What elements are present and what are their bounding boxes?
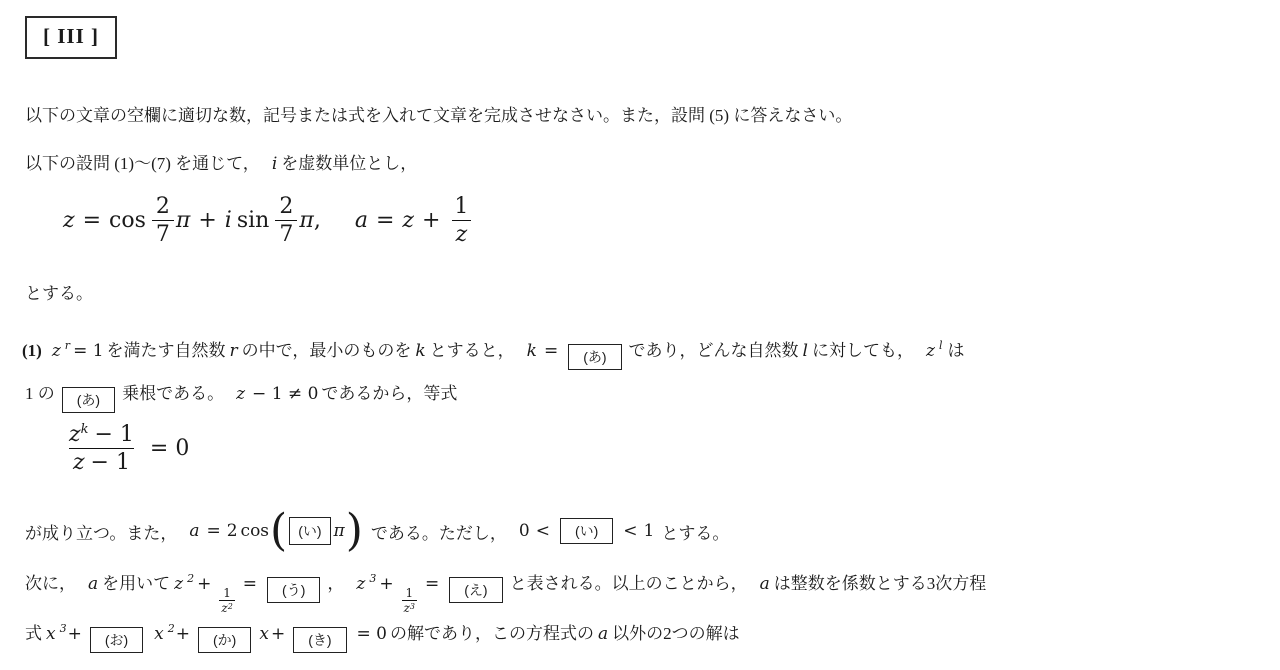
question-number: (1) xyxy=(22,341,42,360)
closing-text: とする。 xyxy=(25,284,93,303)
text-segment: に対しても， xyxy=(812,341,914,360)
math-var-z: z xyxy=(221,601,227,615)
equals-sign: = xyxy=(243,574,257,594)
right-paren: ) xyxy=(346,511,363,551)
equals-sign: = xyxy=(425,574,439,594)
exponent-2: 2 xyxy=(187,572,194,585)
definition-formula: z = cos 2 7 π + i sin 2 7 π, a = z + 1 z xyxy=(63,194,474,248)
math-pi: π xyxy=(176,208,190,233)
text-segment: の解であり，この方程式の xyxy=(390,624,594,643)
blank-box-i: (い) xyxy=(289,517,330,545)
blank-box-ki: (き) xyxy=(293,627,346,653)
left-paren: ( xyxy=(270,511,287,551)
text-segment: が成り立つ。また， xyxy=(25,519,177,544)
minus-one: − 1 xyxy=(91,450,130,475)
less-than: < xyxy=(536,521,550,541)
blank-box-i: (い) xyxy=(560,518,613,544)
math-var-i: i xyxy=(225,208,232,233)
exponent-3: 3 xyxy=(60,622,67,635)
cos-operator: cos xyxy=(241,521,269,541)
minus-one: − 1 xyxy=(94,422,133,447)
math-var-i: i xyxy=(272,154,277,174)
math-var-a: a xyxy=(760,574,770,594)
fraction-numerator: 1 xyxy=(405,586,413,600)
exponent-3: 3 xyxy=(369,572,376,585)
blank-box-u: (う) xyxy=(267,577,320,603)
equals-zero: = 0 xyxy=(357,624,387,644)
plus-sign: + xyxy=(379,574,393,594)
math-var-l: l xyxy=(803,341,808,361)
math-var-x: x xyxy=(259,624,269,644)
exponent-2: 2 xyxy=(228,602,233,611)
sin-operator: sin xyxy=(237,208,270,233)
math-pi: π xyxy=(334,521,345,541)
math-var-a: a xyxy=(189,521,199,541)
text-segment: 以外の2つの解は xyxy=(612,624,740,643)
math-var-k: k xyxy=(527,341,537,361)
fraction-1-z2: 1z2 xyxy=(219,586,234,616)
equals-one: = 1 xyxy=(73,341,103,361)
plus-sign: + xyxy=(197,574,211,594)
fraction-numerator: 2 xyxy=(275,194,297,220)
math-var-z: z xyxy=(236,384,245,404)
one: 1 xyxy=(644,521,655,541)
text-segment: の中で，最小のものを xyxy=(242,341,412,360)
coefficient-2: 2 xyxy=(227,521,238,541)
exponent-k: k xyxy=(81,422,89,437)
math-var-z: z xyxy=(356,574,365,594)
math-var-x: x xyxy=(154,624,164,644)
math-var-r: r xyxy=(230,341,238,361)
fraction-numerator: 2 xyxy=(152,194,174,220)
z-power-sums-line: 次に，aを用いてz2+1z2=(う)，z3+1z3=(え)と表される。以上のこと… xyxy=(25,568,986,616)
not-equal-zero: − 1 ≠ 0 xyxy=(252,384,318,404)
problem-number-box: [ III ] xyxy=(25,16,117,59)
question-1-line-1: (1)zr= 1を満たす自然数rの中で，最小のものをkとすると，k=(あ)であり… xyxy=(22,335,964,370)
plus-sign: + xyxy=(198,208,216,233)
blank-box-a: (あ) xyxy=(62,387,115,413)
closing-line: とする。 xyxy=(25,278,93,310)
text-segment: であるから，等式 xyxy=(321,384,457,403)
fraction-denominator: 7 xyxy=(275,220,297,247)
text-segment: とする。 xyxy=(661,519,729,544)
fraction-zk: zk− 1 z− 1 xyxy=(65,422,138,476)
fraction-denominator: z2 xyxy=(219,600,234,615)
exponent-2: 2 xyxy=(168,622,175,635)
cos-expression-line: が成り立つ。また， a = 2 cos ( (い) π ) である。ただし， 0… xyxy=(25,505,729,557)
exponent-l: l xyxy=(939,339,943,352)
exponent-r: r xyxy=(65,339,70,352)
text-segment: とすると， xyxy=(430,341,515,360)
math-var-z: z xyxy=(404,601,410,615)
text-segment: を満たす自然数 xyxy=(107,341,226,360)
text-segment: を用いて xyxy=(102,574,170,593)
math-var-z: z xyxy=(926,341,935,361)
fraction-2-7: 2 7 xyxy=(275,194,297,248)
text-segment: 次に， xyxy=(25,574,76,593)
exam-document: [ III ] 以下の文章の空欄に適切な数，記号または式を入れて文章を完成させな… xyxy=(0,0,1280,670)
math-var-z: z xyxy=(402,208,414,233)
cos-operator: cos xyxy=(109,208,146,233)
fraction-2-7: 2 7 xyxy=(152,194,174,248)
exponent-3: 3 xyxy=(410,602,415,611)
math-var-z: z xyxy=(69,422,81,447)
setup-line: 以下の設問 (1)〜(7) を通じて，iを虚数単位とし， xyxy=(25,148,417,180)
math-var-a: a xyxy=(88,574,98,594)
equals-sign: = xyxy=(544,341,558,361)
math-var-z: z xyxy=(174,574,183,594)
setup-text-post: を虚数単位とし， xyxy=(281,154,417,173)
equals-zero: = 0 xyxy=(150,436,189,461)
math-var-z: z xyxy=(73,450,85,475)
comma: ， xyxy=(327,574,344,593)
math-var-x: x xyxy=(46,624,56,644)
equals-sign: = xyxy=(376,208,394,233)
text-segment: 式 xyxy=(25,624,42,643)
fraction-denominator: z3 xyxy=(402,600,417,615)
blank-box-ka: (か) xyxy=(198,627,251,653)
plus-sign: + xyxy=(271,624,285,644)
fraction-denominator: z xyxy=(452,220,472,247)
fraction-denominator: 7 xyxy=(152,220,174,247)
comma: , xyxy=(314,208,321,233)
math-pi: π xyxy=(299,208,313,233)
cubic-equation-line: 式x3+(お)x2+(か)x+(き)= 0の解であり，この方程式のa以外の2つの… xyxy=(25,618,740,653)
blank-box-e: (え) xyxy=(449,577,502,603)
fraction-denominator: z− 1 xyxy=(69,448,134,475)
fraction-numerator: zk− 1 xyxy=(65,422,138,448)
plus-sign: + xyxy=(176,624,190,644)
identity-formula: zk− 1 z− 1 = 0 xyxy=(63,422,189,476)
instruction-text: 以下の文章の空欄に適切な数，記号または式を入れて文章を完成させなさい。また，設問… xyxy=(25,106,852,125)
problem-number: [ III ] xyxy=(43,24,99,48)
text-segment: であり，どんな自然数 xyxy=(629,341,799,360)
fraction-1-z: 1 z xyxy=(450,194,472,248)
less-than: < xyxy=(623,521,637,541)
zero: 0 xyxy=(519,521,530,541)
question-1-line-2: 1 の(あ)乗根である。z− 1 ≠ 0であるから，等式 xyxy=(25,378,457,413)
fraction-numerator: 1 xyxy=(450,194,472,220)
math-var-z: z xyxy=(63,208,75,233)
text-segment: は xyxy=(947,341,964,360)
text-segment: と表される。以上のことから， xyxy=(510,574,748,593)
math-var-a: a xyxy=(598,624,608,644)
text-segment: 1 の xyxy=(25,384,55,403)
fraction-numerator: 1 xyxy=(223,586,231,600)
text-segment: は整数を係数とする3次方程 xyxy=(774,574,987,593)
instruction-line: 以下の文章の空欄に適切な数，記号または式を入れて文章を完成させなさい。また，設問… xyxy=(25,100,852,132)
math-var-a: a xyxy=(355,208,368,233)
text-segment: 乗根である。 xyxy=(122,384,224,403)
equals-sign: = xyxy=(206,521,220,541)
setup-text-pre: 以下の設問 (1)〜(7) を通じて， xyxy=(25,154,260,173)
fraction-1-z3: 1z3 xyxy=(402,586,417,616)
blank-box-a: (あ) xyxy=(568,344,621,370)
plus-sign: + xyxy=(68,624,82,644)
plus-sign: + xyxy=(422,208,440,233)
math-var-z: z xyxy=(52,341,61,361)
blank-box-o: (お) xyxy=(90,627,143,653)
equals-sign: = xyxy=(83,208,101,233)
text-segment: である。ただし， xyxy=(371,519,507,544)
math-var-k: k xyxy=(415,341,425,361)
